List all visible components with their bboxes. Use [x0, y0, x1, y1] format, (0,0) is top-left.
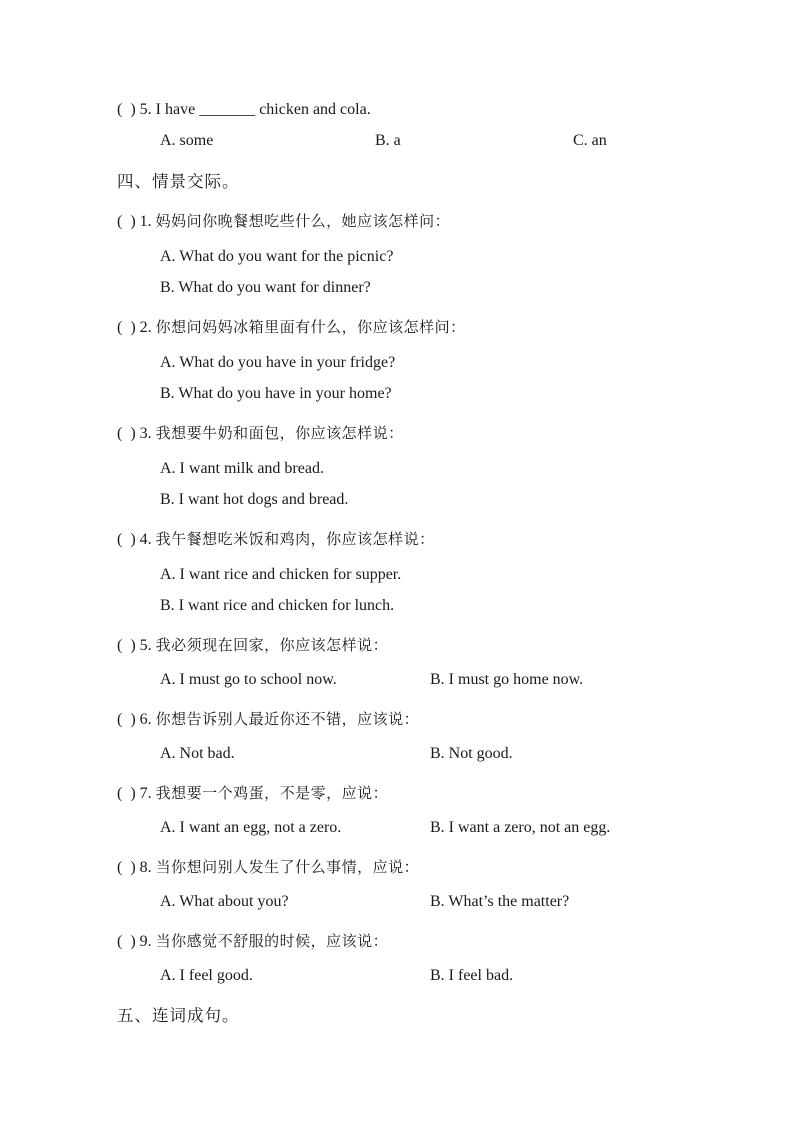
answer-bracket-and-number: ( ) 4.: [117, 531, 152, 548]
options-row: A. I feel good.B. I feel bad.: [0, 967, 793, 985]
option-a: A. some: [160, 132, 375, 150]
option-a: A. I feel good.: [160, 967, 430, 985]
question-prompt: 你想告诉别人最近你还不错，应该说：: [156, 712, 420, 728]
option-b: B. I want rice and chicken for lunch.: [0, 597, 793, 615]
answer-bracket-and-number: ( ) 5.: [117, 101, 152, 118]
option-a: A. What about you?: [160, 893, 430, 911]
question-prompt: 当你想问别人发生了什么事情，应说：: [156, 860, 420, 876]
question-prompt: 当你感觉不舒服的时候，应该说：: [156, 934, 389, 950]
options-row: A. I must go to school now.B. I must go …: [0, 671, 793, 689]
option-b: B. What’s the matter?: [430, 893, 569, 911]
question-line: ( ) 7. 我想要一个鸡蛋，不是零，应说：: [0, 785, 793, 803]
section-five-heading: 五、连词成句。: [0, 1007, 793, 1025]
question-line: ( ) 5. 我必须现在回家，你应该怎样说：: [0, 637, 793, 655]
option-b: B. I want hot dogs and bread.: [0, 491, 793, 509]
option-a: A. I want milk and bread.: [0, 460, 793, 478]
question-prompt: 我午餐想吃米饭和鸡肉，你应该怎样说：: [156, 532, 435, 548]
options-row: A. What about you?B. What’s the matter?: [0, 893, 793, 911]
option-b: B. I must go home now.: [430, 671, 583, 689]
question-line: ( ) 8. 当你想问别人发生了什么事情，应说：: [0, 859, 793, 877]
exam-paper-page: ( ) 5. I have _______ chicken and cola. …: [0, 0, 793, 1122]
question-line: ( ) 3. 我想要牛奶和面包，你应该怎样说：: [0, 425, 793, 443]
option-b: B. a: [375, 132, 573, 150]
answer-bracket-and-number: ( ) 6.: [117, 711, 152, 728]
question-line: ( ) 5. I have _______ chicken and cola.: [0, 101, 793, 119]
option-a: A. What do you have in your fridge?: [0, 354, 793, 372]
question-line: ( ) 1. 妈妈问你晚餐想吃些什么，她应该怎样问：: [0, 213, 793, 231]
answer-bracket-and-number: ( ) 3.: [117, 425, 152, 442]
question-prompt: 你想问妈妈冰箱里面有什么，你应该怎样问：: [156, 320, 466, 336]
question-line: ( ) 2. 你想问妈妈冰箱里面有什么，你应该怎样问：: [0, 319, 793, 337]
options-row: A. someB. aC. an: [0, 132, 793, 150]
section-four-heading: 四、情景交际。: [0, 173, 793, 191]
answer-bracket-and-number: ( ) 5.: [117, 637, 152, 654]
option-c: C. an: [573, 132, 607, 150]
question-line: ( ) 4. 我午餐想吃米饭和鸡肉，你应该怎样说：: [0, 531, 793, 549]
question-line: ( ) 6. 你想告诉别人最近你还不错，应该说：: [0, 711, 793, 729]
answer-bracket-and-number: ( ) 8.: [117, 859, 152, 876]
answer-bracket-and-number: ( ) 7.: [117, 785, 152, 802]
option-a: A. Not bad.: [160, 745, 430, 763]
option-a: A. What do you want for the picnic?: [0, 248, 793, 266]
options-row: A. I want an egg, not a zero.B. I want a…: [0, 819, 793, 837]
question-line: ( ) 9. 当你感觉不舒服的时候，应该说：: [0, 933, 793, 951]
question-text: I have _______ chicken and cola.: [156, 101, 371, 118]
answer-bracket-and-number: ( ) 2.: [117, 319, 152, 336]
option-b: B. What do you want for dinner?: [0, 279, 793, 297]
options-row: A. Not bad.B. Not good.: [0, 745, 793, 763]
question-prompt: 我必须现在回家，你应该怎样说：: [156, 638, 389, 654]
option-b: B. What do you have in your home?: [0, 385, 793, 403]
option-a: A. I want rice and chicken for supper.: [0, 566, 793, 584]
option-b: B. Not good.: [430, 745, 513, 763]
option-b: B. I feel bad.: [430, 967, 513, 985]
option-b: B. I want a zero, not an egg.: [430, 819, 610, 837]
option-a: A. I want an egg, not a zero.: [160, 819, 430, 837]
question-prompt: 我想要一个鸡蛋，不是零，应说：: [156, 786, 389, 802]
question-prompt: 妈妈问你晚餐想吃些什么，她应该怎样问：: [156, 214, 451, 230]
answer-bracket-and-number: ( ) 1.: [117, 213, 152, 230]
question-prompt: 我想要牛奶和面包，你应该怎样说：: [156, 426, 404, 442]
option-a: A. I must go to school now.: [160, 671, 430, 689]
answer-bracket-and-number: ( ) 9.: [117, 933, 152, 950]
